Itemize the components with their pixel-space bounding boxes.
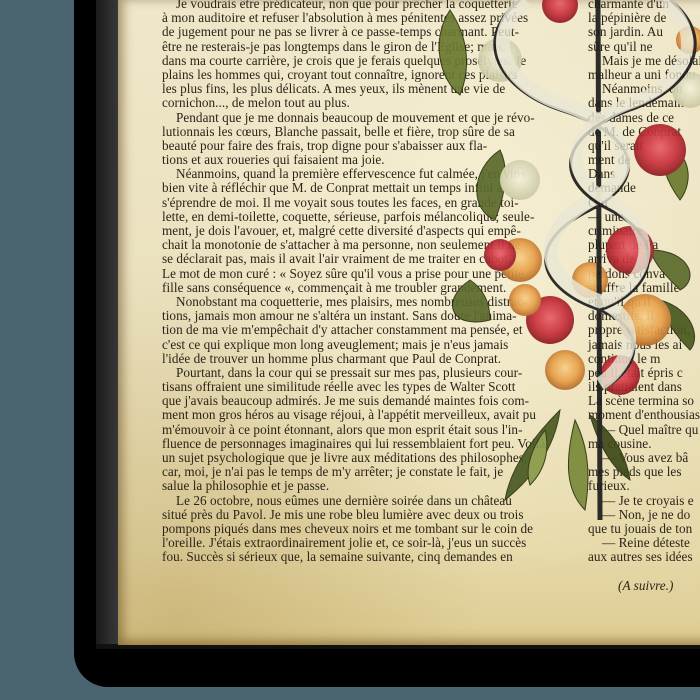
text-line: lette, en demi-toilette, coquette, série… — [162, 210, 562, 224]
text-line: — Quel maître qu — [588, 423, 700, 437]
text-line: — Non, je ne do — [588, 508, 700, 522]
text-line: peu il était épris c — [588, 366, 700, 380]
text-line: l'idée de trouver un homme plus charmant… — [162, 352, 562, 366]
text-line: aux autres ses idées — [588, 550, 700, 564]
text-line: les plus fins, les plus délicats. A mes … — [162, 82, 562, 96]
text-line: fluence de personnages imaginaires qui l… — [162, 437, 562, 451]
text-line: des dames de ce — [588, 111, 700, 125]
text-line: moment d'enthousias — [588, 408, 700, 422]
text-line: beauté pour faire des frais, trop digne … — [162, 139, 562, 153]
text-line: lutionnais les cœurs, Blanche passait, b… — [162, 125, 562, 139]
text-line: fille sans conséquence «, commençait à m… — [162, 281, 562, 295]
text-line: fou. Succès si sérieux que, la semaine s… — [162, 550, 562, 564]
text-line: Mais je me désolai — [588, 54, 700, 68]
text-line: tions, jamais mon amour ne s'altéra un i… — [162, 309, 562, 323]
text-line: ment mon gros héros au visage réjoui, à … — [162, 408, 562, 422]
text-line: être ne resterais-je pas longtemps dans … — [162, 40, 562, 54]
text-line: bien vite à réfléchir que M. de Conprat … — [162, 181, 562, 195]
text-line: dans le lendemain — [588, 96, 700, 110]
text-line: — Vous avez bâ — [588, 451, 700, 465]
text-line: chait la monotonie de s'attacher à ma pe… — [162, 238, 562, 252]
text-line: de jugement pour ne pas se livrer à ce p… — [162, 25, 562, 39]
text-line: que tu jouais de ton — [588, 522, 700, 536]
text-line: se déclarait pas, mais il avait l'air vr… — [162, 252, 562, 266]
text-line: Nonobstant ma coquetterie, mes plaisirs,… — [162, 295, 562, 309]
text-line: Pourtant, dans la cour qui se pressait s… — [162, 366, 562, 380]
text-line: que j'avais beaucoup admirés. Je me suis… — [162, 394, 562, 408]
text-line: c'est ce qui explique mon long aveugleme… — [162, 338, 562, 352]
continuation-label: (A suivre.) — [588, 579, 700, 593]
text-line: jamais nous les ai — [588, 338, 700, 352]
text-line: et qu'il qu'il — [588, 295, 700, 309]
text-line: arriva de — [588, 252, 700, 266]
text-line: Le mot de mon curé : « Soyez sûre qu'il … — [162, 267, 562, 281]
text-line: sûre qu'il ne — [588, 40, 700, 54]
text-line: à mon auditoire et refuser l'absolution … — [162, 11, 562, 25]
text-line: plupart de Pa — [588, 238, 700, 252]
text-line: Pendant que je me donnais beaucoup de mo… — [162, 111, 562, 125]
text-line: — Je te croyais e — [588, 494, 700, 508]
text-line: propre satisfaction, — [588, 323, 700, 337]
text-line: demande — [588, 181, 700, 195]
text-line: domestifs, il — [588, 309, 700, 323]
text-line: la pépinière de — [588, 11, 700, 25]
text-line: car, moi, je n'ai pas le temps de m'y ar… — [162, 465, 562, 479]
text-line: Néanmoins, on — [588, 82, 700, 96]
text-line: tisans offraient une similitude réelle a… — [162, 380, 562, 394]
frame-left-edge — [96, 0, 120, 648]
text-line: tions et aux roueries qui faisaient ma j… — [162, 153, 562, 167]
text-line: s'éprendre de moi. Il me voyait sous tou… — [162, 196, 562, 210]
text-line: un sujet psychologique que je livre aux … — [162, 451, 562, 465]
text-line: m'émouvoir à ce point étonnant, alors qu… — [162, 423, 562, 437]
right-text-column: charmante d'unla pépinière deson jardin.… — [588, 0, 700, 593]
text-line: son jardin. Au — [588, 25, 700, 39]
text-line: Le 26 octobre, nous eûmes une dernière s… — [162, 494, 562, 508]
text-line: Néanmoins, quand la première effervescen… — [162, 167, 562, 181]
text-line: qu'il serait — [588, 139, 700, 153]
spacer — [588, 565, 700, 579]
text-line: salue la philosophie et je passe. — [162, 479, 562, 493]
text-line: dans ma courte carrière, je crois que je… — [162, 54, 562, 68]
text-line: criminaire — [588, 224, 700, 238]
text-line: de M. de Conprat — [588, 125, 700, 139]
text-line: l'oreille. J'étais extraordinairement jo… — [162, 536, 562, 550]
text-line: ment de — [588, 153, 700, 167]
left-text-column: Je voudrais être prédicateur, non que po… — [162, 0, 562, 565]
text-line: ma cousine. — [588, 437, 700, 451]
text-line: — Reine déteste — [588, 536, 700, 550]
text-line: perdons conva — [588, 267, 700, 281]
text-line: cornichon..., de melon tout au plus. — [162, 96, 562, 110]
text-line: mes pieds que les — [588, 465, 700, 479]
text-line: ment, je dois l'avouer, et, malgré cette… — [162, 224, 562, 238]
text-line: malheur a uni fondu — [588, 68, 700, 82]
text-line: continue le m — [588, 352, 700, 366]
text-line: tion de ma vie m'empêchait d'y attacher … — [162, 323, 562, 337]
text-line: souffre la famille — [588, 281, 700, 295]
text-line: — une — [588, 210, 700, 224]
text-line: pompons piqués dans mes cheveux noirs et… — [162, 522, 562, 536]
text-line: La scène termina so — [588, 394, 700, 408]
book-page-print: Je voudrais être prédicateur, non que po… — [118, 0, 700, 645]
text-line: situé près du Pavol. Je mis une robe ble… — [162, 508, 562, 522]
text-line: ils pratiaient dans — [588, 380, 700, 394]
text-line: Dans — [588, 167, 700, 181]
text-line: Qui — [588, 196, 700, 210]
text-line: furieux. — [588, 479, 700, 493]
text-line: plains les hommes qui, croyant tout conn… — [162, 68, 562, 82]
